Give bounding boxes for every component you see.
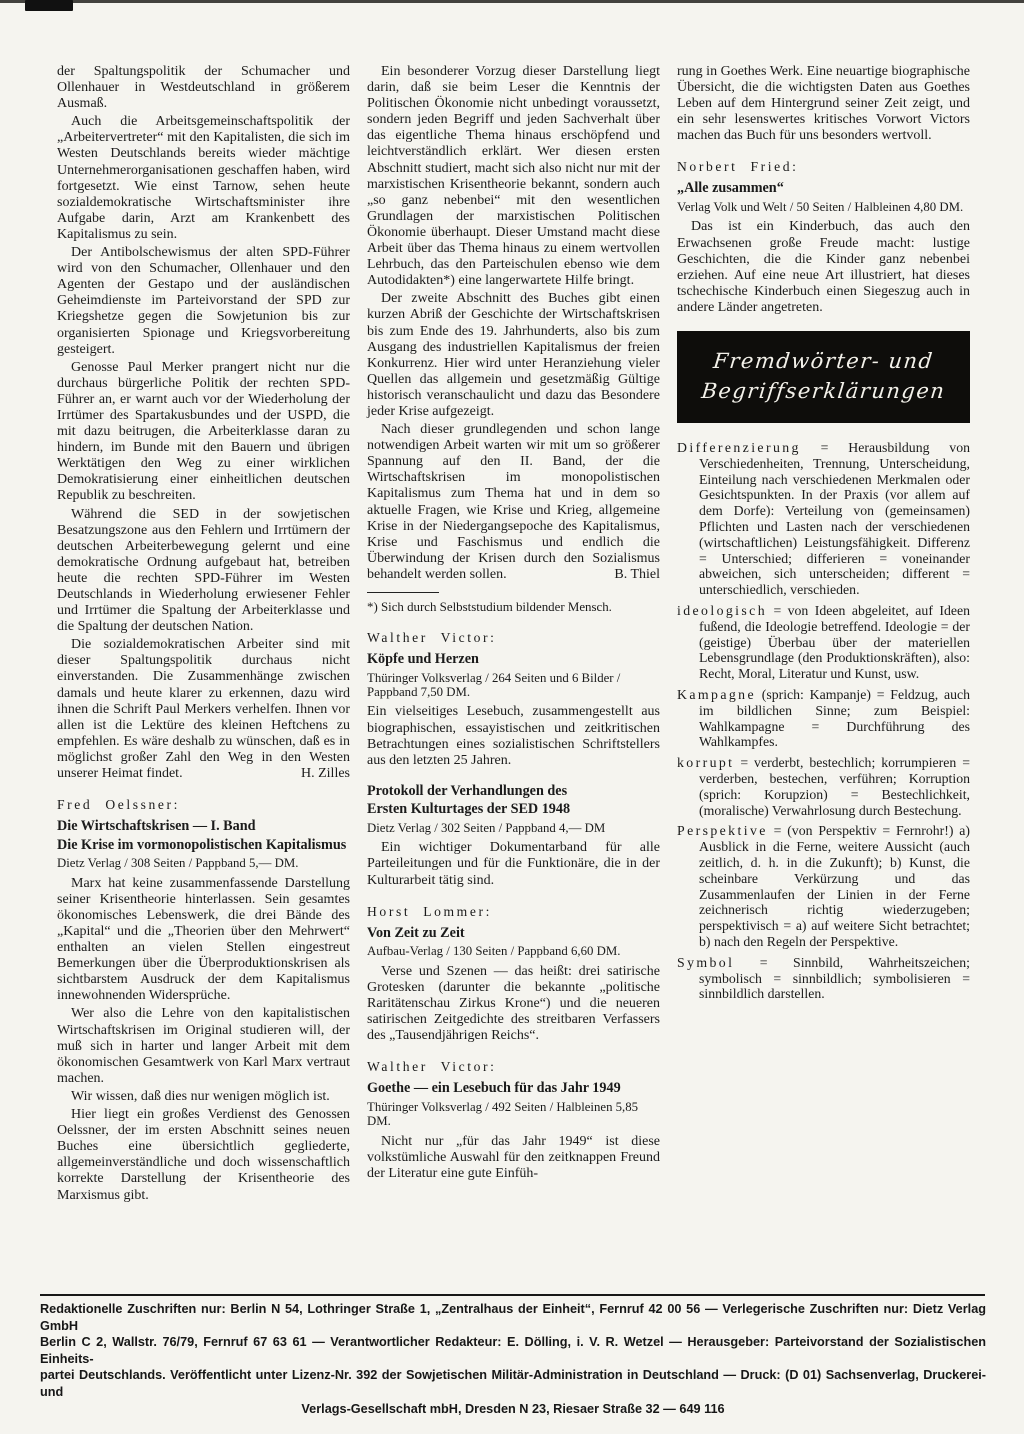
footnote-divider bbox=[367, 592, 439, 593]
imprint-line: Verlags-Gesellschaft mbH, Dresden N 23, … bbox=[40, 1401, 986, 1418]
imprint-line: partei Deutschlands. Veröffentlicht unte… bbox=[40, 1367, 986, 1400]
scan-smudge-artifact bbox=[25, 0, 73, 11]
review-author-heading: Fred Oelssner: bbox=[57, 797, 350, 813]
imprint-line: Berlin C 2, Wallstr. 76/79, Fernruf 67 6… bbox=[40, 1334, 986, 1367]
review-author-heading: Walther Victor: bbox=[367, 1059, 660, 1075]
glossary-title-box: Fremdwörter- und Begriffserklärungen bbox=[677, 331, 970, 423]
column-right: rung in Goethes Werk. Eine neuartige bio… bbox=[677, 64, 970, 1206]
paragraph-text: Nach dieser grundlegenden und schon lang… bbox=[367, 422, 660, 582]
review-author-heading: Norbert Fried: bbox=[677, 159, 970, 175]
column-middle: Ein besonderer Vorzug dieser Darstellung… bbox=[367, 64, 660, 1206]
article-paragraph: Der zweite Abschnitt des Buches gibt ein… bbox=[367, 291, 660, 420]
article-paragraph: Marx hat keine zusammenfassende Darstell… bbox=[57, 876, 350, 1005]
glossary-term: Perspektive bbox=[677, 823, 768, 838]
scan-edge-artifact bbox=[0, 0, 1024, 3]
footnote: *) Sich durch Selbststudium bildender Me… bbox=[367, 600, 660, 615]
book-title: Goethe — ein Lesebuch für das Jahr 1949 bbox=[367, 1080, 660, 1097]
book-title: Köpfe und Herzen bbox=[367, 651, 660, 668]
article-paragraph: Während die SED in der sowjetischen Besa… bbox=[57, 507, 350, 636]
book-subtitle: Die Krise im vormonopolistischen Kapital… bbox=[57, 837, 350, 854]
glossary-definition: = Herausbildung von Verschiedenheiten, T… bbox=[699, 440, 970, 597]
article-paragraph: Ein vielseitiges Lesebuch, zusammengeste… bbox=[367, 704, 660, 768]
article-paragraph: Ein besonderer Vorzug dieser Darstellung… bbox=[367, 64, 660, 289]
glossary-definition: = verderbt, bestechlich; korrumpieren = … bbox=[699, 755, 970, 817]
magazine-page: der Spaltungspolitik der Schumacher und … bbox=[0, 0, 1024, 1434]
publisher-line: Thüringer Volksverlag / 264 Seiten und 6… bbox=[367, 671, 660, 700]
book-subtitle: Ersten Kulturtages der SED 1948 bbox=[367, 801, 660, 818]
glossary-term: Differenzierung bbox=[677, 440, 801, 455]
column-left: der Spaltungspolitik der Schumacher und … bbox=[57, 64, 350, 1206]
article-paragraph: Der Antibolschewismus der alten SPD-Führ… bbox=[57, 245, 350, 358]
glossary-title-line: Fremdwörter- und bbox=[681, 346, 965, 376]
publisher-line: Dietz Verlag / 308 Seiten / Pappband 5,—… bbox=[57, 856, 350, 870]
article-paragraph: Auch die Arbeitsgemeinschaftspolitik der… bbox=[57, 114, 350, 243]
review-signature: B. Thiel bbox=[600, 567, 660, 583]
glossary-entry: Perspektive = (von Perspektiv = Fernrohr… bbox=[677, 823, 970, 949]
paragraph-text: Die sozialdemokratischen Arbeiter sind m… bbox=[57, 637, 350, 781]
glossary-entry: ideologisch = von Ideen abgeleitet, auf … bbox=[677, 603, 970, 682]
review-signature: H. Zilles bbox=[287, 766, 350, 782]
book-title: Die Wirtschaftskrisen — I. Band bbox=[57, 818, 350, 835]
publisher-line: Dietz Verlag / 302 Seiten / Pappband 4,—… bbox=[367, 821, 660, 835]
article-paragraph: Nach dieser grundlegenden und schon lang… bbox=[367, 422, 660, 583]
footer-divider bbox=[40, 1294, 985, 1296]
imprint-line: Redaktionelle Zuschriften nur: Berlin N … bbox=[40, 1301, 986, 1334]
article-paragraph: Nicht nur „für das Jahr 1949“ ist diese … bbox=[367, 1134, 660, 1182]
content-columns: der Spaltungspolitik der Schumacher und … bbox=[57, 64, 970, 1206]
glossary-title-line: Begriffserklärungen bbox=[681, 376, 965, 406]
article-paragraph: Das ist ein Kinderbuch, das auch den Erw… bbox=[677, 219, 970, 316]
glossary-definition: = (von Perspektiv = Fernrohr!) a) Ausbli… bbox=[699, 823, 970, 949]
publisher-line: Aufbau-Verlag / 130 Seiten / Pappband 6,… bbox=[367, 944, 660, 958]
glossary-term: Symbol bbox=[677, 955, 734, 970]
glossary-entry: Differenzierung = Herausbildung von Vers… bbox=[677, 440, 970, 598]
glossary-entry: korrupt = verderbt, bestechlich; korrump… bbox=[677, 755, 970, 818]
glossary-term: korrupt bbox=[677, 755, 734, 770]
review-author-heading: Horst Lommer: bbox=[367, 904, 660, 920]
glossary-entry: Kampagne (sprich: Kampanje) = Feldzug, a… bbox=[677, 687, 970, 750]
book-title: Von Zeit zu Zeit bbox=[367, 925, 660, 942]
book-title: „Alle zusammen“ bbox=[677, 180, 970, 197]
article-paragraph: der Spaltungspolitik der Schumacher und … bbox=[57, 64, 350, 112]
article-paragraph: Die sozialdemokratischen Arbeiter sind m… bbox=[57, 637, 350, 782]
book-title: Protokoll der Verhandlungen des bbox=[367, 783, 660, 800]
publisher-line: Verlag Volk und Welt / 50 Seiten / Halbl… bbox=[677, 200, 970, 214]
article-paragraph: Wer also die Lehre von den kapitalistisc… bbox=[57, 1006, 350, 1086]
glossary-term: Kampagne bbox=[677, 687, 756, 702]
article-paragraph: rung in Goethes Werk. Eine neuartige bio… bbox=[677, 64, 970, 144]
imprint-footer: Redaktionelle Zuschriften nur: Berlin N … bbox=[40, 1301, 986, 1417]
article-paragraph: Hier liegt ein großes Verdienst des Geno… bbox=[57, 1107, 350, 1204]
article-paragraph: Genosse Paul Merker prangert nicht nur d… bbox=[57, 360, 350, 505]
review-author-heading: Walther Victor: bbox=[367, 630, 660, 646]
publisher-line: Thüringer Volksverlag / 492 Seiten / Hal… bbox=[367, 1100, 660, 1129]
glossary-entry: Symbol = Sinnbild, Wahrheitszeichen; sym… bbox=[677, 955, 970, 1002]
glossary-term: ideologisch bbox=[677, 603, 767, 618]
article-paragraph: Ein wichtiger Dokumentarband für alle Pa… bbox=[367, 840, 660, 888]
glossary-definition: = Sinnbild, Wahrheitszeichen; symbolisch… bbox=[699, 955, 970, 1002]
article-paragraph: Verse und Szenen — das heißt: drei satir… bbox=[367, 964, 660, 1044]
article-paragraph: Wir wissen, daß dies nur wenigen möglich… bbox=[57, 1089, 350, 1105]
